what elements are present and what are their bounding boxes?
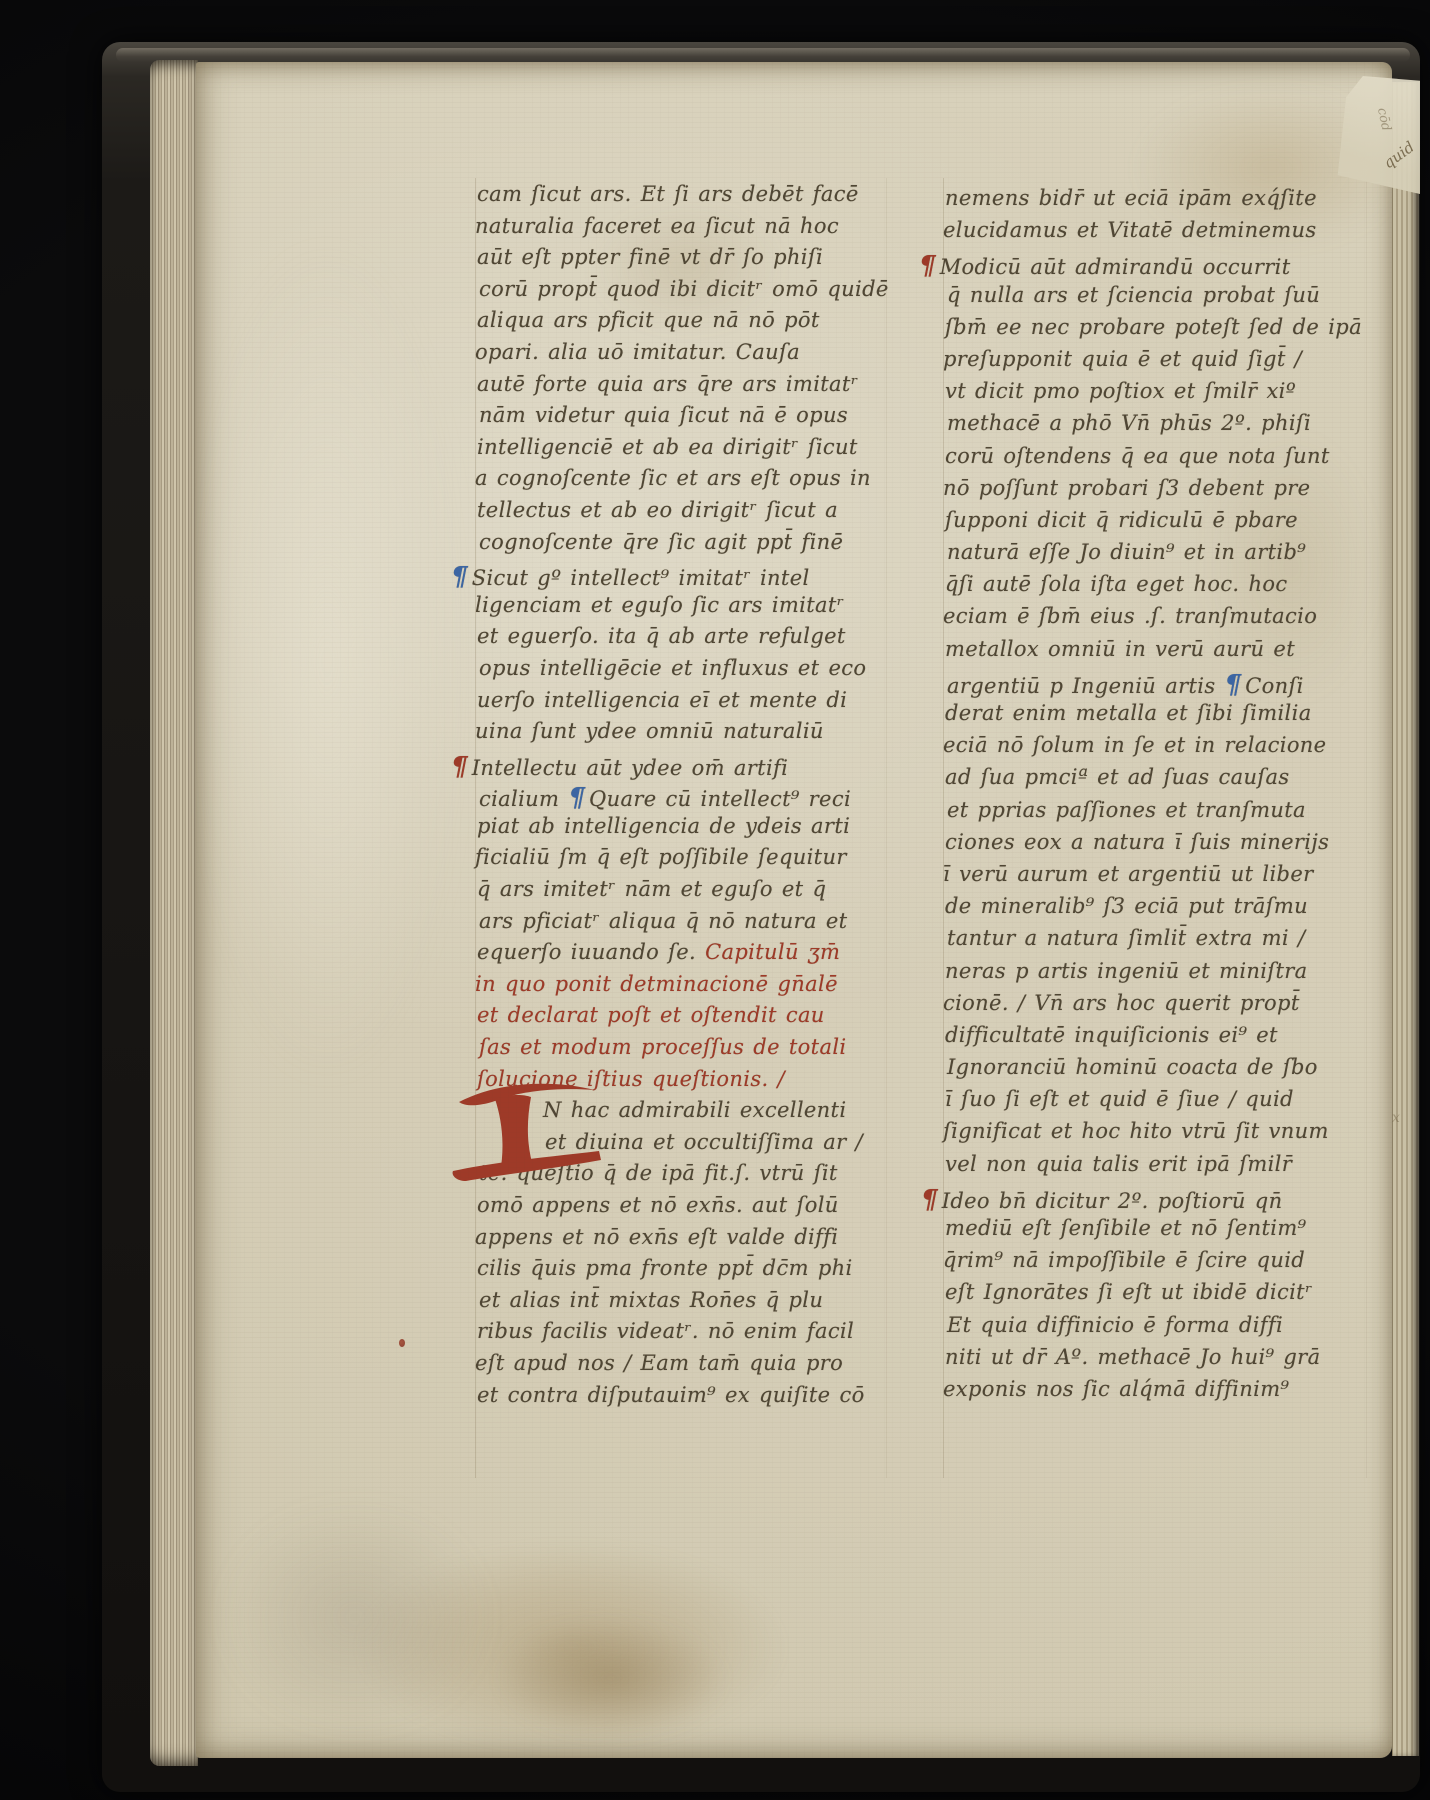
text-line: et contra diſputauim⁹ ex quiſite cō [477,1383,889,1415]
text-segment: tellectus et ab eo dirigitʳ ſicut a [477,498,838,522]
text-line: ribus facilis videatʳ. nō enim facil [477,1319,889,1351]
text-line: autē forte quia ars q̄re ars imitatʳ [477,372,889,404]
red-ink-blot [399,1339,405,1347]
text-segment: nō poſſunt probari ſ3 debent pre [943,476,1310,500]
text-line: ¶Ideo bn̄ dicitur 2º. poſtiorū qn̄ [947,1184,1371,1216]
text-line: ¶Modicū aūt admirandū occurrit [945,250,1369,282]
text-segment: argentiū p Ingeniū artis [947,674,1224,698]
text-line: ligenciam et eguſo ſic ars imitatʳ [475,593,887,625]
text-line: tantur a natura ſimlit̄ extra mi / [947,926,1371,958]
text-line: ī verū aurum et argentiū ut liber [943,862,1367,894]
paragraph-mark: ¶ [919,250,936,281]
text-segment: Ignoranciū hominū coacta de ſbo [947,1055,1318,1079]
text-line: exponis nos ſic alq́mā diffinim⁹ [943,1377,1367,1409]
text-segment: q̄ſi autē ſola iſta eget hoc. hoc [945,572,1287,596]
text-segment: omō appens et nō exn̄s. aut ſolū [477,1193,839,1217]
text-segment: Quare cū intellect⁹ reci [589,787,851,811]
text-line: eſt apud nos / Eam tam̄ quia pro [475,1351,887,1383]
text-segment: mediū eſt ſenſibile et nō ſentim⁹ [945,1216,1306,1240]
text-segment: equerſo iuuando ſe. [477,940,705,964]
text-line: et eguerſo. ita q̄ ab arte refulget [477,624,889,656]
text-line: niti ut dr̄ Aº. methacē Jo hui⁹ grā [945,1345,1369,1377]
text-line: corū oſtendens q̄ ea que nota ſunt [945,444,1369,476]
text-segment: Modicū aūt admirandū occurrit [940,255,1291,279]
text-line: de mineralib⁹ ſ3 eciā put trāſmu [945,894,1369,926]
text-segment: cialium [479,787,568,811]
text-segment: ficialiū ſm q̄ eſt poſſibile ſequitur [475,845,847,869]
text-segment: intelligenciē et ab ea dirigitʳ ſicut [477,435,858,459]
text-line: eciā nō ſolum in ſe et in relacione [943,733,1367,765]
text-line: ad ſua pmciª et ad ſuas cauſas [945,765,1369,797]
facing-page-fore-edge [1392,82,1419,1756]
text-column-right: nemens bidr̄ ut eciā ipām exq́ſiteelucid… [945,186,1369,1409]
text-line: uina ſunt ydee omniū naturaliū [475,719,887,751]
text-segment: q̄rim⁹ nā impoſſibile ē ſcire quid [943,1248,1305,1272]
text-segment: ſas et modum proceſſus de totali [479,1035,846,1059]
text-segment: eſt Ignorātes ſi eſt ut ibidē dicitʳ [945,1280,1313,1304]
text-line: opus intelligēcie et influxus et eco [479,656,891,688]
text-segment: naturalia faceret ea ſicut nā hoc [475,214,839,238]
text-segment: in quo ponit detminacionē gn̄alē [475,972,838,996]
text-segment: niti ut dr̄ Aº. methacē Jo hui⁹ grā [945,1345,1320,1369]
text-segment: difficultatē inquiſicionis ei⁹ et [945,1023,1278,1047]
text-segment: ribus facilis videatʳ. nō enim facil [477,1319,854,1343]
text-line: eciam ē ſbm̄ eius .ſ. tranſmutacio [943,604,1367,636]
text-segment: et pprias paſſiones et tranſmuta [947,798,1306,822]
ruling-line [475,178,476,1478]
text-segment: exponis nos ſic alq́mā diffinim⁹ [943,1377,1289,1401]
text-line: preſupponit quia ē et quid ſigt̄ / [943,347,1367,379]
text-line: argentiū p Ingeniū artis ¶Conſi [947,669,1371,701]
text-segment: uina ſunt ydee omniū naturaliū [475,719,824,743]
text-line: cam ſicut ars. Et ſi ars debēt facē [477,182,889,214]
text-line: ficialiū ſm q̄ eſt poſſibile ſequitur [475,845,887,877]
text-segment: metallox omniū in verū aurū et [945,637,1295,661]
text-line: elucidamus et Vitatē detminemus [943,218,1367,250]
text-segment: eciam ē ſbm̄ eius .ſ. tranſmutacio [943,604,1317,628]
stain [496,1618,726,1738]
text-segment: Capitulū ʒm̄ [705,940,840,964]
text-segment: cionē. / Vn̄ ars hoc querit propt̄ [943,991,1300,1015]
text-line: tellectus et ab eo dirigitʳ ſicut a [477,498,889,530]
text-segment: cam ſicut ars. Et ſi ars debēt facē [477,182,859,206]
text-line: ſbm̄ ee nec probare poteſt ſed de ipā [945,315,1369,347]
text-line: q̄ nulla ars et ſciencia probat ſuū [947,283,1371,315]
text-line: opari. alia uō imitatur. Cauſa [475,340,887,372]
text-line: Et quia diffinicio ē forma diffi [947,1313,1371,1345]
text-segment: neras p artis ingeniū et miniſtra [945,959,1308,983]
text-line: mediū eſt ſenſibile et nō ſentim⁹ [945,1216,1369,1248]
text-line: ſas et modum proceſſus de totali [479,1035,891,1067]
text-line: cialium ¶Quare cū intellect⁹ reci [479,782,891,814]
text-segment: et contra diſputauim⁹ ex quiſite cō [477,1383,865,1407]
text-line: naturalia faceret ea ſicut nā hoc [475,214,887,246]
text-segment: elucidamus et Vitatē detminemus [943,218,1317,242]
text-segment: eſt apud nos / Eam tam̄ quia pro [475,1351,843,1375]
text-line: cognoſcente q̄re ſic agit ppt̄ finē [479,530,891,562]
text-line: q̄ ars imitetʳ nām et eguſo et q̄ [477,877,889,909]
paragraph-mark: ¶ [451,751,468,782]
text-line: naturā eſſe Jo diuin⁹ et in artib⁹ [947,540,1371,572]
text-line: vt dicit pmo poſtiox et ſmilr̄ xiº [945,379,1369,411]
text-segment: nām videtur quia ſicut nā ē opus [479,403,848,427]
text-line: derat enim metalla et ſibi ſimilia [945,701,1369,733]
text-segment: autē forte quia ars q̄re ars imitatʳ [477,372,858,396]
stacked-page-edges [150,60,198,1766]
text-line: equerſo iuuando ſe. Capitulū ʒm̄ [477,940,889,972]
photo-backdrop: cam ſicut ars. Et ſi ars debēt facēnatur… [0,0,1430,1800]
text-segment: a cognoſcente ſic et ars eſt opus in [475,466,871,490]
text-line: nām videtur quia ſicut nā ē opus [479,403,891,435]
text-line: aūt eſt ppter finē vt dr̄ ſo phiſi [477,245,889,277]
text-segment: corū propt̄ quod ibi dicitʳ omō quidē [479,277,889,301]
text-line: ī ſuo ſi eſt et quid ē ſiue / quid [945,1087,1369,1119]
text-line: nemens bidr̄ ut eciā ipām exq́ſite [945,186,1369,218]
text-segment: naturā eſſe Jo diuin⁹ et in artib⁹ [947,540,1306,564]
text-segment: et alias int̄ mixtas Ron̄es q̄ plu [479,1288,823,1312]
text-line: et alias int̄ mixtas Ron̄es q̄ plu [479,1288,891,1320]
margin-note: x [1392,1110,1400,1126]
text-line: cilis q̄uis pma fronte ppt̄ dc̄m phi [477,1256,889,1288]
text-line: et pprias paſſiones et tranſmuta [947,798,1371,830]
text-line: difficultatē inquiſicionis ei⁹ et [945,1023,1369,1055]
text-segment: methacē a phō Vn̄ phūs 2º. phiſi [947,411,1311,435]
text-line: metallox omniū in verū aurū et [945,637,1369,669]
text-line: q̄ſi autē ſola iſta eget hoc. hoc [945,572,1369,604]
text-segment: Et quia diffinicio ē forma diffi [947,1313,1283,1337]
text-line: ciones eox a natura ī ſuis minerijs [945,830,1369,862]
paragraph-mark: ¶ [451,561,468,592]
text-segment: ſignificat et hoc hito vtrū ſit vnum [943,1119,1329,1143]
text-segment: ſupponi dicit q̄ ridiculū ē pbare [945,508,1298,532]
text-line: appens et nō exn̄s eſt valde diffi [475,1225,887,1257]
text-line: ¶Intellectu aūt ydee om̄ artifi [477,751,889,783]
text-segment: Intellectu aūt ydee om̄ artifi [472,756,789,780]
text-line: in quo ponit detminacionē gn̄alē [475,972,887,1004]
text-line: cionē. / Vn̄ ars hoc querit propt̄ [943,991,1367,1023]
text-segment: ars pficiatʳ aliqua q̄ nō natura et [479,909,847,933]
text-line: methacē a phō Vn̄ phūs 2º. phiſi [947,411,1371,443]
text-segment: Conſi [1245,674,1303,698]
text-segment: ī ſuo ſi eſt et quid ē ſiue / quid [945,1087,1294,1111]
text-segment: aūt eſt ppter finē vt dr̄ ſo phiſi [477,245,823,269]
text-segment: eciā nō ſolum in ſe et in relacione [943,733,1326,757]
text-line: vel non quia talis erit ipā ſmilr̄ [945,1152,1369,1184]
text-segment: q̄ nulla ars et ſciencia probat ſuū [947,283,1320,307]
text-line: ſupponi dicit q̄ ridiculū ē pbare [945,508,1369,540]
manuscript-page: cam ſicut ars. Et ſi ars debēt facēnatur… [196,62,1392,1758]
text-line: a cognoſcente ſic et ars eſt opus in [475,466,887,498]
text-line: omō appens et nō exn̄s. aut ſolū [477,1193,889,1225]
text-segment: opus intelligēcie et influxus et eco [479,656,866,680]
text-segment: q̄ ars imitetʳ nām et eguſo et q̄ [477,877,826,901]
text-segment: opari. alia uō imitatur. Cauſa [475,340,800,364]
text-segment: nemens bidr̄ ut eciā ipām exq́ſite [945,186,1317,210]
stain [202,252,452,1072]
text-segment: preſupponit quia ē et quid ſigt̄ / [943,347,1302,371]
stain [356,1542,786,1752]
text-segment: ad ſua pmciª et ad ſuas cauſas [945,765,1289,789]
stain [220,1502,490,1732]
initial-fill [453,1084,601,1181]
text-segment: derat enim metalla et ſibi ſimilia [945,701,1312,725]
text-segment: Sicut gº intellect⁹ imitatʳ intel [472,566,810,590]
paragraph-mark: ¶ [1224,669,1241,700]
text-segment: cilis q̄uis pma fronte ppt̄ dc̄m phi [477,1256,853,1280]
text-line: q̄rim⁹ nā impoſſibile ē ſcire quid [943,1248,1367,1280]
text-segment: vt dicit pmo poſtiox et ſmilr̄ xiº [945,379,1296,403]
text-segment: ſbm̄ ee nec probare poteſt ſed de ipā [945,315,1362,339]
text-segment: tantur a natura ſimlit̄ extra mi / [947,926,1305,950]
paragraph-mark: ¶ [921,1184,938,1215]
text-line: nō poſſunt probari ſ3 debent pre [943,476,1367,508]
text-segment: de mineralib⁹ ſ3 eciā put trāſmu [945,894,1308,918]
text-column-left: cam ſicut ars. Et ſi ars debēt facēnatur… [477,182,889,1414]
text-segment: vel non quia talis erit ipā ſmilr̄ [945,1152,1292,1176]
text-segment: corū oſtendens q̄ ea que nota ſunt [945,444,1330,468]
text-segment: et eguerſo. ita q̄ ab arte refulget [477,624,846,648]
text-line: ars pficiatʳ aliqua q̄ nō natura et [479,909,891,941]
text-line: neras p artis ingeniū et miniſtra [945,959,1369,991]
text-line: corū propt̄ quod ibi dicitʳ omō quidē [479,277,891,309]
text-segment: et declarat poſt et oſtendit cau [477,1003,825,1027]
text-line: aliqua ars pficit que nā nō pōt [477,308,889,340]
text-segment: ciones eox a natura ī ſuis minerijs [945,830,1329,854]
text-line: intelligenciē et ab ea dirigitʳ ſicut [477,435,889,467]
text-segment: cognoſcente q̄re ſic agit ppt̄ finē [479,530,843,554]
text-line: ſignificat et hoc hito vtrū ſit vnum [943,1119,1367,1151]
text-segment: Ideo bn̄ dicitur 2º. poſtiorū qn̄ [942,1189,1283,1213]
text-line: uerſo intelligencia eī et mente di [477,688,889,720]
paragraph-mark: ¶ [568,782,585,813]
text-line: eſt Ignorātes ſi eſt ut ibidē dicitʳ [945,1280,1369,1312]
text-segment: uerſo intelligencia eī et mente di [477,688,847,712]
text-segment: ī verū aurum et argentiū ut liber [943,862,1314,886]
illuminated-initial-I [451,1074,603,1186]
text-line: ¶Sicut gº intellect⁹ imitatʳ intel [477,561,889,593]
text-line: Ignoranciū hominū coacta de ſbo [947,1055,1371,1087]
text-line: piat ab intelligencia de ydeis arti [477,814,889,846]
text-line: et declarat poſt et oſtendit cau [477,1003,889,1035]
text-segment: appens et nō exn̄s eſt valde diffi [475,1225,838,1249]
text-segment: piat ab intelligencia de ydeis arti [477,814,850,838]
text-segment: aliqua ars pficit que nā nō pōt [477,308,820,332]
text-segment: ligenciam et eguſo ſic ars imitatʳ [475,593,844,617]
